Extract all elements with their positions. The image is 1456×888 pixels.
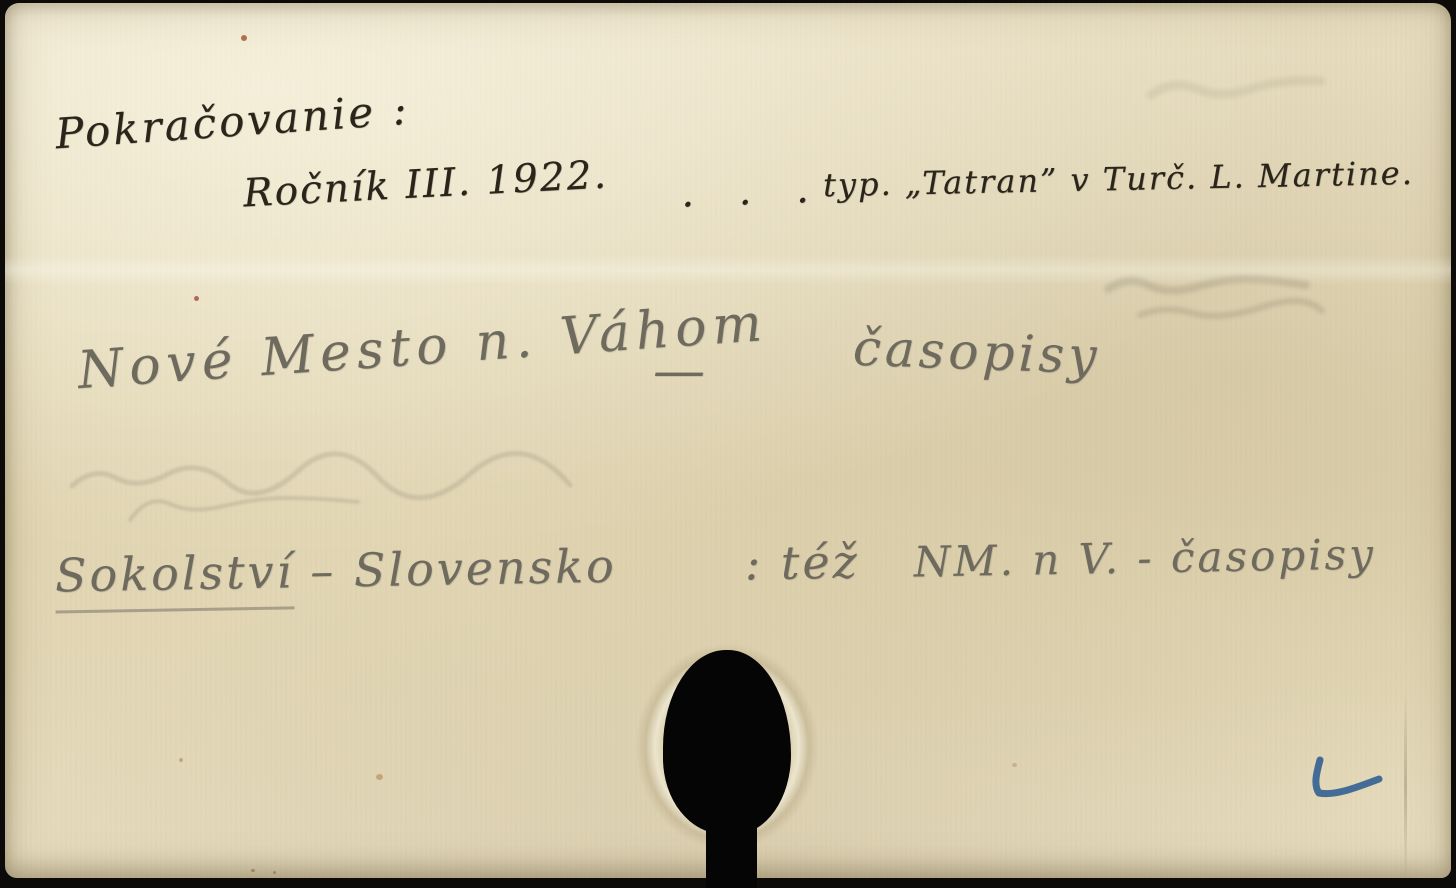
foxing-spot: [273, 871, 276, 874]
imprint-line: typ. „Tatran” v Turč. L. Martine.: [823, 157, 1414, 201]
volume-line: Ročník III. 1922.: [242, 155, 609, 213]
foxing-spot: [179, 758, 183, 762]
place-reference: časopisy: [852, 323, 1101, 382]
cross-reference: NM. n V. - časopisy: [913, 533, 1376, 583]
blue-check-mark-icon: [1297, 755, 1389, 813]
punch-hole-stem: [706, 812, 757, 888]
scan-background: Pokračovanie : Ročník III. 1922. . . . t…: [0, 0, 1456, 888]
foxing-spot: [1012, 763, 1017, 767]
subject-line: Sokolství – Slovensko : též NM. n V. - č…: [55, 529, 1377, 613]
separator-dash: —: [653, 345, 705, 397]
paper-crease: [1404, 691, 1407, 881]
erased-pencil-text: [60, 428, 620, 538]
subject-region: – Slovensko: [310, 543, 617, 594]
ellipsis-dots: . . .: [680, 169, 825, 214]
foxing-spot: [241, 35, 247, 41]
foxing-spot: [194, 296, 199, 301]
continuation-label: Pokračovanie :: [54, 89, 411, 156]
ghost-ink-transfer: [1145, 61, 1335, 131]
cross-reference-intro: : též: [744, 538, 860, 586]
foxing-spot: [376, 774, 383, 780]
foxing-spot: [251, 869, 255, 872]
ghost-ink-transfer: [1100, 249, 1335, 337]
subject-term: Sokolství: [55, 548, 295, 613]
